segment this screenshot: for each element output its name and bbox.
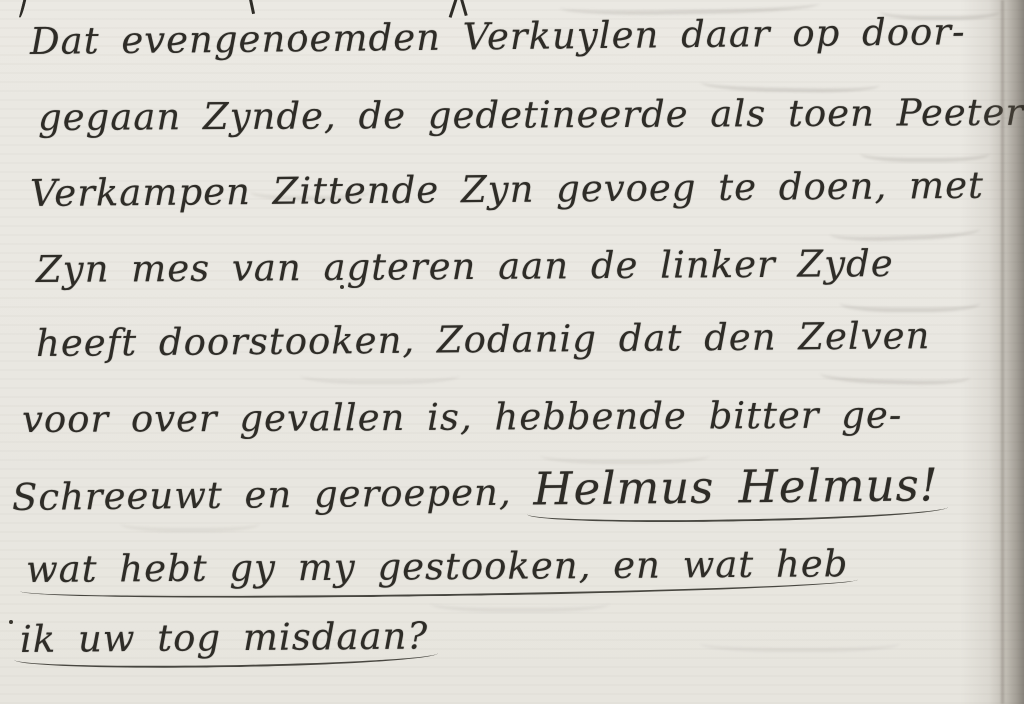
handwriting-line-9: ik uw tog misdaan?	[20, 614, 429, 665]
bleed-through-mark	[300, 372, 460, 384]
handwriting-line-2: gegaan Zynde, de gedetineerde als toen P…	[38, 91, 1024, 139]
ink-speck	[9, 620, 13, 624]
handwriting-line-3: Verkampen Zittende Zyn gevoeg te doen, m…	[30, 164, 984, 215]
handwriting-line-1: Dat evengenoemden Verkuylen daar op door…	[30, 10, 966, 63]
line-text: Schreeuwt en geroepen,	[12, 471, 534, 519]
bleed-through-mark	[820, 370, 970, 386]
bleed-through-mark	[430, 600, 610, 612]
line-text: Dat evengenoemden Verkuylen daar op door…	[30, 10, 966, 63]
cutoff-stroke	[459, 0, 467, 16]
line-text: Zyn mes van agteren aan de linker Zyde	[36, 242, 894, 291]
underlined-text: Helmus Helmus!	[533, 458, 939, 519]
cutoff-stroke	[248, 0, 255, 14]
line-text: gegaan Zynde, de gedetineerde als toen P…	[38, 91, 1024, 139]
handwriting-line-5: heeft doorstooken, Zodanig dat den Zelve…	[36, 314, 931, 365]
line-text: Verkampen Zittende Zyn gevoeg te doen, m…	[30, 164, 984, 215]
bleed-through-mark	[830, 225, 980, 242]
handwriting-line-6: voor over gevallen is, hebbende bitter g…	[22, 393, 903, 441]
cutoff-stroke	[19, 0, 28, 18]
line-text: voor over gevallen is, hebbende bitter g…	[22, 393, 903, 441]
manuscript-page: Dat evengenoemden Verkuylen daar op door…	[0, 0, 1024, 704]
handwriting-line-8: wat hebt gy my gestooken, en wat heb	[26, 542, 849, 595]
handwriting-line-4: Zyn mes van agteren aan de linker Zyde	[36, 242, 894, 291]
page-edge-shadow	[960, 0, 1024, 704]
underlined-text: wat hebt gy my gestooken, en wat heb	[26, 542, 849, 595]
line-text: heeft doorstooken, Zodanig dat den Zelve…	[36, 314, 931, 365]
bleed-through-mark	[700, 640, 900, 652]
bleed-through-mark	[840, 300, 980, 312]
handwriting-line-7: Schreeuwt en geroepen, Helmus Helmus!	[12, 458, 939, 525]
underlined-text: ik uw tog misdaan?	[20, 614, 429, 665]
